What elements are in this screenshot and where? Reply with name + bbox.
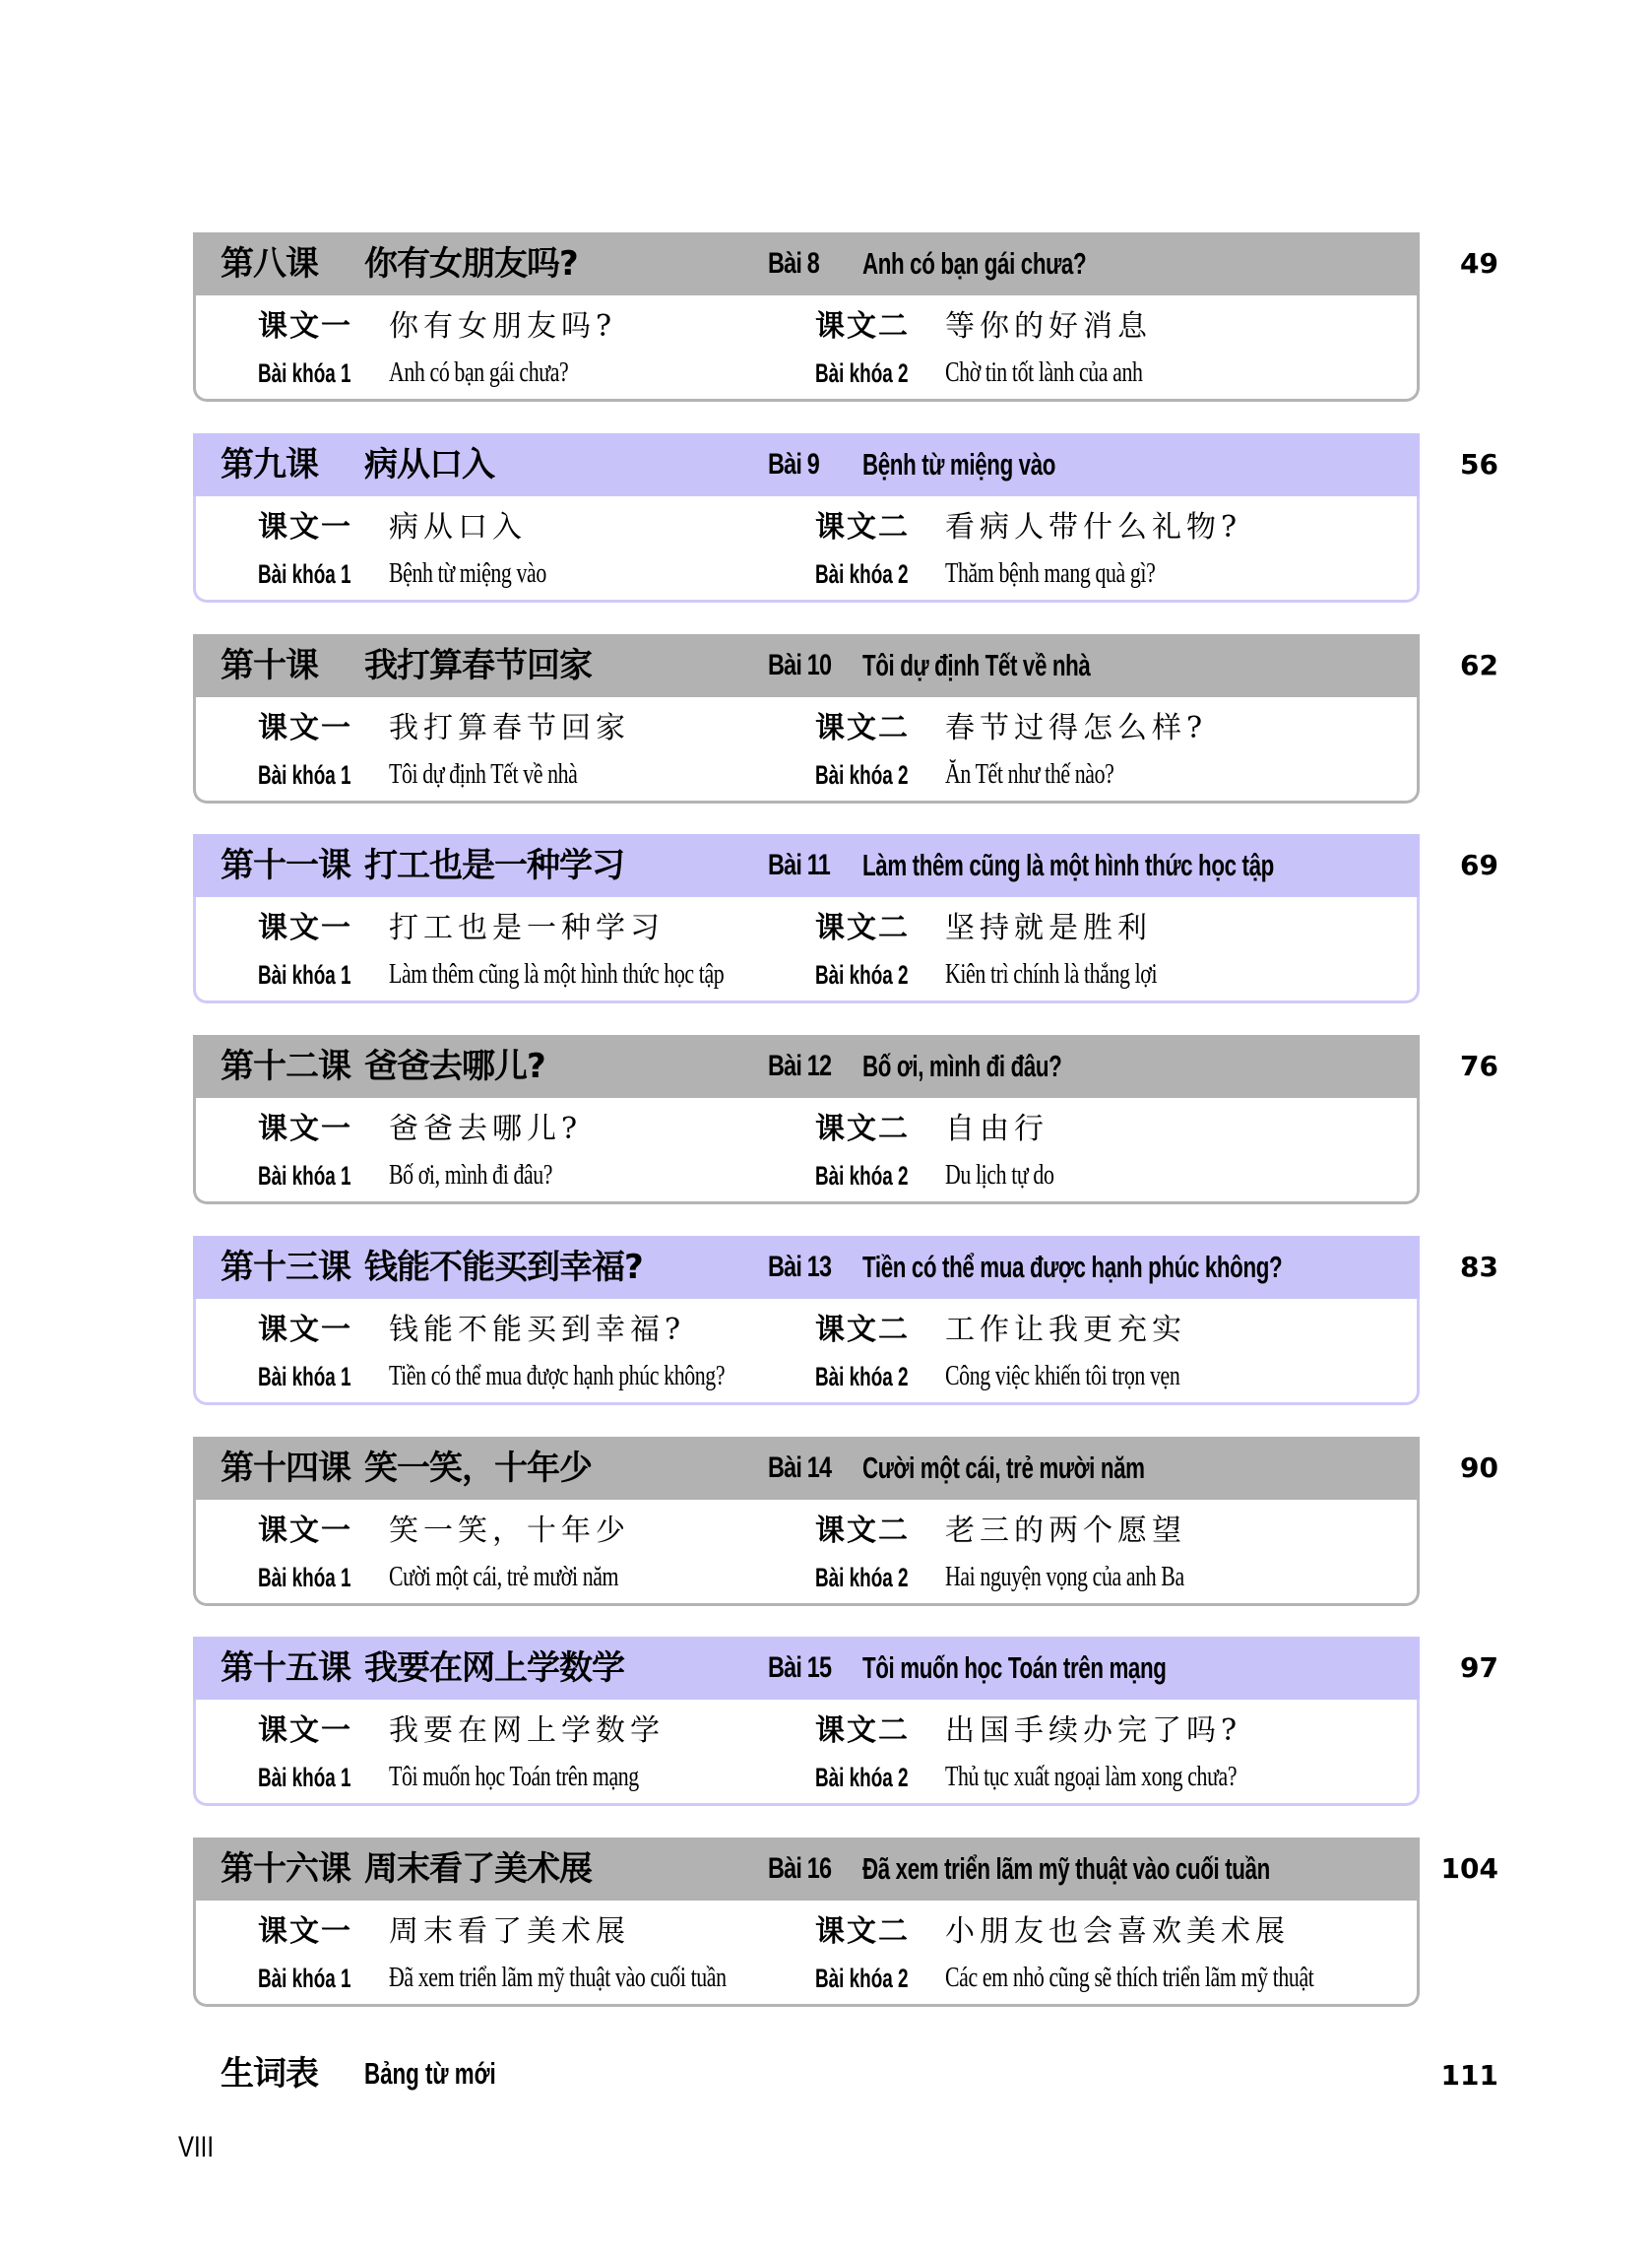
text2-title-vi: Các em nhỏ cũng sẽ thích triển lãm mỹ th… <box>945 1962 1313 1995</box>
text1-label-vi: Bài khóa 1 <box>258 958 351 992</box>
lesson-header: 第十二课爸爸去哪儿?Bài 12Bố ơi, mình đi đâu? <box>193 1035 1420 1098</box>
text2-label-vi: Bài khóa 2 <box>815 356 909 390</box>
text2-title-zh: 小朋友也会喜欢美术展 <box>945 1912 1290 1952</box>
text1-title-zh: 爸爸去哪儿? <box>389 1110 582 1149</box>
lesson-title-zh: 笑一笑，十年少 <box>364 1437 592 1500</box>
lesson-entry: 第十五课我要在网上学数学Bài 15Tôi muốn học Toán trên… <box>193 1637 1420 1806</box>
lesson-number-zh: 第十五课 <box>221 1637 350 1700</box>
text1-title-zh: 我打算春节回家 <box>389 709 630 748</box>
lesson-number-vi: Bài 9 <box>768 433 819 496</box>
lesson-number-zh: 第八课 <box>221 232 318 295</box>
lesson-number-zh: 第十三课 <box>221 1236 350 1299</box>
text1-label-vi: Bài khóa 1 <box>258 356 351 390</box>
lesson-page-number: 90 <box>1437 1449 1498 1488</box>
lesson-number-vi: Bài 15 <box>768 1637 831 1700</box>
lesson-title-vi: Bệnh từ miệng vào <box>862 433 1055 496</box>
text1-title-vi: Bố ơi, mình đi đâu? <box>389 1159 552 1193</box>
text1-label-vi: Bài khóa 1 <box>258 1360 351 1393</box>
text2-label-vi: Bài khóa 2 <box>815 758 909 792</box>
lesson-entry: 第十三课钱能不能买到幸福?Bài 13Tiền có thể mua được … <box>193 1236 1420 1405</box>
text1-label-vi: Bài khóa 1 <box>258 1159 351 1193</box>
text2-label-zh: 课文二 <box>815 1110 910 1149</box>
vocabulary-page-number: 111 <box>1437 2056 1498 2096</box>
text2-label-vi: Bài khóa 2 <box>815 1159 909 1193</box>
text2-label-zh: 课文二 <box>815 1711 910 1751</box>
lesson-page-number: 62 <box>1437 646 1498 685</box>
text1-title-zh: 钱能不能买到幸福? <box>389 1311 685 1350</box>
text1-title-vi: Cười một cái, trẻ mười năm <box>389 1561 618 1594</box>
text1-title-zh: 笑一笑，十年少 <box>389 1512 630 1551</box>
text1-label-vi: Bài khóa 1 <box>258 1761 351 1794</box>
lesson-number-zh: 第十课 <box>221 634 318 697</box>
lesson-entry: 第九课病从口入Bài 9Bệnh từ miệng vào课文一病从口入课文二看… <box>193 433 1420 603</box>
text2-title-vi: Hai nguyện vọng của anh Ba <box>945 1561 1184 1594</box>
vocabulary-title-zh: 生词表 <box>221 2050 318 2097</box>
text2-title-vi: Ăn Tết như thế nào? <box>945 758 1113 792</box>
lesson-title-zh: 钱能不能买到幸福? <box>364 1236 643 1299</box>
lesson-entry: 第十一课打工也是一种学习Bài 11Làm thêm cũng là một h… <box>193 834 1420 1003</box>
lesson-title-zh: 周末看了美术展 <box>364 1838 592 1901</box>
lesson-page-number: 49 <box>1437 244 1498 284</box>
text1-label-zh: 课文一 <box>258 1512 352 1551</box>
lesson-title-zh: 爸爸去哪儿? <box>364 1035 545 1098</box>
text1-title-zh: 病从口入 <box>389 508 527 548</box>
lesson-title-vi: Làm thêm cũng là một hình thức học tập <box>862 834 1274 897</box>
lesson-number-vi: Bài 14 <box>768 1437 831 1500</box>
text2-title-vi: Du lịch tự do <box>945 1159 1054 1193</box>
text2-title-zh: 坚持就是胜利 <box>945 909 1152 948</box>
lesson-header: 第十课我打算春节回家Bài 10Tôi dự định Tết về nhà <box>193 634 1420 697</box>
lesson-title-vi: Cười một cái, trẻ mười năm <box>862 1437 1145 1500</box>
text1-label-zh: 课文一 <box>258 709 352 748</box>
lesson-title-vi: Anh có bạn gái chưa? <box>862 232 1086 295</box>
lesson-page-number: 97 <box>1437 1648 1498 1688</box>
text1-title-zh: 周末看了美术展 <box>389 1912 630 1952</box>
text2-label-zh: 课文二 <box>815 1512 910 1551</box>
text2-label-zh: 课文二 <box>815 909 910 948</box>
lesson-header: 第九课病从口入Bài 9Bệnh từ miệng vào <box>193 433 1420 496</box>
text1-label-zh: 课文一 <box>258 1311 352 1350</box>
lesson-header: 第十六课周末看了美术展Bài 16Đã xem triển lãm mỹ thu… <box>193 1838 1420 1901</box>
text2-title-zh: 出国手续办完了吗? <box>945 1711 1241 1751</box>
lesson-title-zh: 我打算春节回家 <box>364 634 592 697</box>
lesson-number-zh: 第十六课 <box>221 1838 350 1901</box>
text2-title-vi: Kiên trì chính là thắng lợi <box>945 958 1157 992</box>
text1-label-vi: Bài khóa 1 <box>258 1561 351 1594</box>
text1-title-vi: Tiền có thể mua được hạnh phúc không? <box>389 1360 725 1393</box>
text1-label-zh: 课文一 <box>258 508 352 548</box>
text2-title-vi: Chờ tin tốt lành của anh <box>945 356 1143 390</box>
lesson-entry: 第八课你有女朋友吗?Bài 8Anh có bạn gái chưa?课文一你有… <box>193 232 1420 402</box>
text2-label-zh: 课文二 <box>815 709 910 748</box>
lesson-number-zh: 第十一课 <box>221 834 350 897</box>
lesson-title-zh: 打工也是一种学习 <box>364 834 624 897</box>
text2-label-vi: Bài khóa 2 <box>815 1360 909 1393</box>
text2-title-zh: 看病人带什么礼物? <box>945 508 1241 548</box>
lesson-number-zh: 第九课 <box>221 433 318 496</box>
text2-title-zh: 自由行 <box>945 1110 1048 1149</box>
lesson-page-number: 83 <box>1437 1248 1498 1287</box>
text2-title-zh: 春节过得怎么样? <box>945 709 1207 748</box>
text2-title-vi: Công việc khiến tôi trọn vẹn <box>945 1360 1179 1393</box>
text2-title-zh: 等你的好消息 <box>945 307 1152 347</box>
lesson-title-zh: 你有女朋友吗? <box>364 232 578 295</box>
text1-title-vi: Tôi muốn học Toán trên mạng <box>389 1761 639 1794</box>
text1-label-zh: 课文一 <box>258 909 352 948</box>
text1-label-zh: 课文一 <box>258 1110 352 1149</box>
lesson-title-zh: 我要在网上学数学 <box>364 1637 624 1700</box>
text2-label-vi: Bài khóa 2 <box>815 557 909 591</box>
lesson-header: 第十一课打工也是一种学习Bài 11Làm thêm cũng là một h… <box>193 834 1420 897</box>
text1-label-vi: Bài khóa 1 <box>258 758 351 792</box>
lesson-header: 第十五课我要在网上学数学Bài 15Tôi muốn học Toán trên… <box>193 1637 1420 1700</box>
lesson-page-number: 56 <box>1437 445 1498 484</box>
text1-title-zh: 你有女朋友吗? <box>389 307 616 347</box>
lesson-number-vi: Bài 10 <box>768 634 831 697</box>
lesson-page-number: 69 <box>1437 846 1498 885</box>
text2-label-zh: 课文二 <box>815 508 910 548</box>
lesson-title-vi: Tôi muốn học Toán trên mạng <box>862 1637 1167 1700</box>
lesson-title-vi: Tôi dự định Tết về nhà <box>862 634 1090 697</box>
vocabulary-title-vi: Bảng từ mới <box>364 2050 496 2097</box>
text1-label-vi: Bài khóa 1 <box>258 557 351 591</box>
lesson-title-vi: Tiền có thể mua được hạnh phúc không? <box>862 1236 1282 1299</box>
text2-label-vi: Bài khóa 2 <box>815 1561 909 1594</box>
text2-title-zh: 工作让我更充实 <box>945 1311 1186 1350</box>
text1-title-vi: Làm thêm cũng là một hình thức học tập <box>389 958 724 992</box>
lesson-header: 第八课你有女朋友吗?Bài 8Anh có bạn gái chưa? <box>193 232 1420 295</box>
text1-title-zh: 我要在网上学数学 <box>389 1711 665 1751</box>
text2-label-vi: Bài khóa 2 <box>815 958 909 992</box>
lesson-entry: 第十课我打算春节回家Bài 10Tôi dự định Tết về nhà课文… <box>193 634 1420 804</box>
text2-title-zh: 老三的两个愿望 <box>945 1512 1186 1551</box>
lesson-title-zh: 病从口入 <box>364 433 494 496</box>
lesson-entry: 第十二课爸爸去哪儿?Bài 12Bố ơi, mình đi đâu?课文一爸爸… <box>193 1035 1420 1204</box>
lesson-number-vi: Bài 16 <box>768 1838 831 1901</box>
text1-title-zh: 打工也是一种学习 <box>389 909 665 948</box>
text1-title-vi: Đã xem triển lãm mỹ thuật vào cuối tuần <box>389 1962 727 1995</box>
lesson-header: 第十四课笑一笑，十年少Bài 14Cười một cái, trẻ mười … <box>193 1437 1420 1500</box>
text2-label-zh: 课文二 <box>815 1912 910 1952</box>
text2-label-zh: 课文二 <box>815 1311 910 1350</box>
lesson-header: 第十三课钱能不能买到幸福?Bài 13Tiền có thể mua được … <box>193 1236 1420 1299</box>
lesson-number-vi: Bài 8 <box>768 232 819 295</box>
lesson-title-vi: Đã xem triển lãm mỹ thuật vào cuối tuần <box>862 1838 1270 1901</box>
lesson-title-vi: Bố ơi, mình đi đâu? <box>862 1035 1061 1098</box>
lesson-number-vi: Bài 12 <box>768 1035 831 1098</box>
page-numeral: VIII <box>178 2131 214 2164</box>
text2-title-vi: Thăm bệnh mang quà gì? <box>945 557 1155 591</box>
text1-label-zh: 课文一 <box>258 307 352 347</box>
text1-label-zh: 课文一 <box>258 1711 352 1751</box>
lesson-entry: 第十四课笑一笑，十年少Bài 14Cười một cái, trẻ mười … <box>193 1437 1420 1606</box>
text2-label-vi: Bài khóa 2 <box>815 1761 909 1794</box>
text1-title-vi: Bệnh từ miệng vào <box>389 557 546 591</box>
text2-label-vi: Bài khóa 2 <box>815 1962 909 1995</box>
lesson-number-zh: 第十二课 <box>221 1035 350 1098</box>
text1-title-vi: Anh có bạn gái chưa? <box>389 356 568 390</box>
lesson-number-vi: Bài 13 <box>768 1236 831 1299</box>
lesson-number-vi: Bài 11 <box>768 834 830 897</box>
text1-label-zh: 课文一 <box>258 1912 352 1952</box>
text1-title-vi: Tôi dự định Tết về nhà <box>389 758 577 792</box>
text1-label-vi: Bài khóa 1 <box>258 1962 351 1995</box>
lesson-entry: 第十六课周末看了美术展Bài 16Đã xem triển lãm mỹ thu… <box>193 1838 1420 2007</box>
lesson-page-number: 76 <box>1437 1047 1498 1086</box>
text2-title-vi: Thủ tục xuất ngoại làm xong chưa? <box>945 1761 1237 1794</box>
lesson-number-zh: 第十四课 <box>221 1437 350 1500</box>
text2-label-zh: 课文二 <box>815 307 910 347</box>
lesson-page-number: 104 <box>1437 1849 1498 1889</box>
